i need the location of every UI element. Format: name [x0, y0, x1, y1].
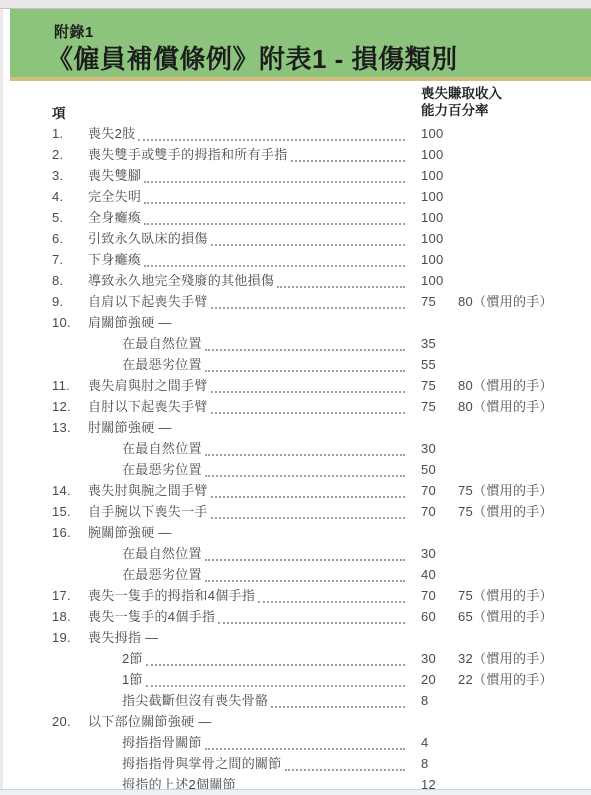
percentage-value-dominant-hand: 75（慣用的手） — [458, 481, 591, 502]
item-body: 喪失肘與腕之間手臂 — [88, 481, 421, 502]
table-row: 指尖截斷但沒有喪失骨骼 8 — [52, 691, 591, 712]
percentage-value-dominant-hand — [458, 271, 591, 292]
item-text: 拇指指骨關節 — [122, 733, 202, 754]
item-body: 拇指指骨關節 — [88, 733, 421, 754]
table-row: 6. 引致永久臥床的損傷 100 — [52, 229, 591, 250]
table-row: 在最惡劣位置 50 — [52, 460, 591, 481]
item-body: 引致永久臥床的損傷 — [88, 229, 421, 250]
table-row: 12. 自肘以下起喪失手臂 75 80（慣用的手） — [52, 397, 591, 418]
percentage-value-dominant-hand: 65（慣用的手） — [458, 607, 591, 628]
percentage-value-dominant-hand — [458, 712, 591, 733]
item-text: 自肩以下起喪失手臂 — [88, 292, 208, 313]
item-body: 在最惡劣位置 — [88, 565, 421, 586]
item-number — [52, 565, 88, 586]
item-text: 2節 — [122, 649, 143, 670]
dot-leader — [138, 124, 405, 141]
table-row: 7. 下身癱瘓 100 — [52, 250, 591, 271]
percentage-value: 30 — [421, 439, 458, 460]
dot-leader — [146, 670, 405, 687]
item-text: 喪失肩與肘之間手臂 — [88, 376, 208, 397]
table-row: 拇指指骨與掌骨之間的關節 8 — [52, 754, 591, 775]
table-row: 在最惡劣位置 55 — [52, 355, 591, 376]
percentage-value: 100 — [421, 208, 458, 229]
column-header-percentage-line2: 能力百分率 — [421, 102, 502, 119]
item-text: 在最惡劣位置 — [122, 460, 202, 481]
percentage-value-dominant-hand — [458, 166, 591, 187]
percentage-value-dominant-hand — [458, 754, 591, 775]
item-number: 13. — [52, 418, 88, 439]
dot-leader — [215, 712, 405, 727]
percentage-value-dominant-hand: 80（慣用的手） — [458, 397, 591, 418]
percentage-value: 70 — [421, 586, 458, 607]
item-text: 在最自然位置 — [122, 439, 202, 460]
table-row: 18. 喪失一隻手的4個手指 60 65（慣用的手） — [52, 607, 591, 628]
item-text: 喪失雙手或雙手的拇指和所有手指 — [88, 145, 288, 166]
percentage-value: 100 — [421, 145, 458, 166]
percentage-value: 8 — [421, 691, 458, 712]
document-page: 附錄1 《僱員補償條例》附表1 - 損傷類別 項 喪失賺取收入 能力百分率 1.… — [0, 0, 591, 795]
percentage-value-dominant-hand: 32（慣用的手） — [458, 649, 591, 670]
item-text: 在最惡劣位置 — [122, 565, 202, 586]
item-number — [52, 649, 88, 670]
percentage-value-dominant-hand — [458, 565, 591, 586]
item-number: 1. — [52, 124, 88, 145]
item-number — [52, 460, 88, 481]
percentage-value: 75 — [421, 397, 458, 418]
page-bottom-edge — [0, 789, 591, 795]
percentage-value: 100 — [421, 271, 458, 292]
item-body: 肩關節強硬 — — [88, 313, 421, 334]
dot-leader — [175, 313, 405, 328]
percentage-value-dominant-hand — [458, 523, 591, 544]
table-row: 在最自然位置 35 — [52, 334, 591, 355]
table-row: 1. 喪失2肢 100 — [52, 124, 591, 145]
percentage-value: 4 — [421, 733, 458, 754]
dot-leader — [211, 502, 405, 519]
item-body: 完全失明 — [88, 187, 421, 208]
item-number: 16. — [52, 523, 88, 544]
item-number: 19. — [52, 628, 88, 649]
dot-leader — [175, 523, 405, 538]
table-row: 17. 喪失一隻手的拇指和4個手指 70 75（慣用的手） — [52, 586, 591, 607]
dot-leader — [144, 166, 405, 183]
percentage-value-dominant-hand — [458, 439, 591, 460]
dot-leader — [175, 418, 405, 433]
item-text: 喪失拇指 — — [88, 628, 158, 649]
dot-leader — [205, 439, 405, 456]
item-text: 在最自然位置 — [122, 334, 202, 355]
item-text: 以下部位關節強硬 — — [88, 712, 212, 733]
percentage-value: 60 — [421, 607, 458, 628]
item-body: 自手腕以下喪失一手 — [88, 502, 421, 523]
dot-leader — [218, 607, 405, 624]
percentage-value: 70 — [421, 481, 458, 502]
injury-table: 1. 喪失2肢 100 2. 喪失雙手或雙手的拇指和所有手指 100 3. 喪失… — [52, 124, 591, 795]
table-row: 3. 喪失雙腳 100 — [52, 166, 591, 187]
percentage-value-dominant-hand — [458, 187, 591, 208]
item-text: 在最惡劣位置 — [122, 355, 202, 376]
percentage-value: 8 — [421, 754, 458, 775]
table-row: 2節 30 32（慣用的手） — [52, 649, 591, 670]
dot-leader — [144, 250, 405, 267]
percentage-value: 100 — [421, 166, 458, 187]
item-text: 喪失一隻手的拇指和4個手指 — [88, 586, 255, 607]
dot-leader — [211, 229, 405, 246]
header-banner: 附錄1 《僱員補償條例》附表1 - 損傷類別 — [10, 9, 591, 77]
item-text: 喪失2肢 — [88, 124, 135, 145]
table-row: 13. 肘關節強硬 — — [52, 418, 591, 439]
table-row: 拇指指骨關節 4 — [52, 733, 591, 754]
table-row: 在最惡劣位置 40 — [52, 565, 591, 586]
item-text: 1節 — [122, 670, 143, 691]
percentage-value-dominant-hand: 80（慣用的手） — [458, 292, 591, 313]
item-number — [52, 439, 88, 460]
dot-leader — [144, 208, 405, 225]
dot-leader — [258, 586, 405, 603]
item-body: 腕關節強硬 — — [88, 523, 421, 544]
table-row: 9. 自肩以下起喪失手臂 75 80（慣用的手） — [52, 292, 591, 313]
table-row: 15. 自手腕以下喪失一手 70 75（慣用的手） — [52, 502, 591, 523]
item-body: 自肩以下起喪失手臂 — [88, 292, 421, 313]
dot-leader — [205, 565, 405, 582]
column-header-percentage-line1: 喪失賺取收入 — [421, 85, 502, 102]
item-number: 5. — [52, 208, 88, 229]
item-text: 在最自然位置 — [122, 544, 202, 565]
item-body: 喪失肩與肘之間手臂 — [88, 376, 421, 397]
percentage-value — [421, 313, 458, 334]
percentage-value: 30 — [421, 649, 458, 670]
dot-leader — [144, 187, 405, 204]
percentage-value: 70 — [421, 502, 458, 523]
item-number: 2. — [52, 145, 88, 166]
item-body: 以下部位關節強硬 — — [88, 712, 421, 733]
item-body: 全身癱瘓 — [88, 208, 421, 229]
percentage-value: 55 — [421, 355, 458, 376]
dot-leader — [211, 397, 405, 414]
item-text: 自手腕以下喪失一手 — [88, 502, 208, 523]
percentage-value-dominant-hand — [458, 418, 591, 439]
item-number: 18. — [52, 607, 88, 628]
item-number: 6. — [52, 229, 88, 250]
item-number — [52, 355, 88, 376]
table-row: 8. 導致永久地完全殘廢的其他損傷 100 — [52, 271, 591, 292]
percentage-value-dominant-hand: 75（慣用的手） — [458, 502, 591, 523]
dot-leader — [271, 691, 405, 708]
percentage-value: 100 — [421, 187, 458, 208]
table-row: 1節 20 22（慣用的手） — [52, 670, 591, 691]
item-number: 9. — [52, 292, 88, 313]
item-number — [52, 754, 88, 775]
percentage-value-dominant-hand — [458, 145, 591, 166]
item-number: 20. — [52, 712, 88, 733]
percentage-value: 100 — [421, 124, 458, 145]
item-body: 肘關節強硬 — — [88, 418, 421, 439]
dot-leader — [211, 376, 405, 393]
item-body: 自肘以下起喪失手臂 — [88, 397, 421, 418]
percentage-value — [421, 628, 458, 649]
dot-leader — [291, 145, 405, 162]
percentage-value: 75 — [421, 376, 458, 397]
item-body: 拇指指骨與掌骨之間的關節 — [88, 754, 421, 775]
table-row: 20. 以下部位關節強硬 — — [52, 712, 591, 733]
item-text: 喪失雙腳 — [88, 166, 141, 187]
table-row: 14. 喪失肘與腕之間手臂 70 75（慣用的手） — [52, 481, 591, 502]
item-number: 12. — [52, 397, 88, 418]
item-body: 喪失拇指 — — [88, 628, 421, 649]
item-body: 在最惡劣位置 — [88, 460, 421, 481]
item-body: 在最自然位置 — [88, 334, 421, 355]
item-text: 指尖截斷但沒有喪失骨骼 — [122, 691, 268, 712]
percentage-value-dominant-hand — [458, 229, 591, 250]
table-row: 在最自然位置 30 — [52, 544, 591, 565]
dot-leader — [205, 544, 405, 561]
item-number: 17. — [52, 586, 88, 607]
percentage-value: 35 — [421, 334, 458, 355]
item-number: 4. — [52, 187, 88, 208]
table-row: 5. 全身癱瘓 100 — [52, 208, 591, 229]
dot-leader — [205, 460, 405, 477]
item-text: 導致永久地完全殘廢的其他損傷 — [88, 271, 274, 292]
table-row: 19. 喪失拇指 — — [52, 628, 591, 649]
item-body: 2節 — [88, 649, 421, 670]
item-number: 14. — [52, 481, 88, 502]
item-number — [52, 544, 88, 565]
dot-leader — [211, 292, 405, 309]
percentage-value — [421, 712, 458, 733]
percentage-value-dominant-hand — [458, 208, 591, 229]
item-body: 喪失雙腳 — [88, 166, 421, 187]
item-text: 肩關節強硬 — — [88, 313, 172, 334]
table-row: 10. 肩關節強硬 — — [52, 313, 591, 334]
percentage-value-dominant-hand: 22（慣用的手） — [458, 670, 591, 691]
percentage-value: 40 — [421, 565, 458, 586]
item-body: 喪失雙手或雙手的拇指和所有手指 — [88, 145, 421, 166]
item-text: 引致永久臥床的損傷 — [88, 229, 208, 250]
item-text: 肘關節強硬 — — [88, 418, 172, 439]
percentage-value-dominant-hand — [458, 628, 591, 649]
column-header-percentage: 喪失賺取收入 能力百分率 — [421, 85, 502, 119]
percentage-value: 100 — [421, 229, 458, 250]
item-number: 7. — [52, 250, 88, 271]
item-text: 下身癱瘓 — [88, 250, 141, 271]
item-body: 在最自然位置 — [88, 439, 421, 460]
item-body: 在最自然位置 — [88, 544, 421, 565]
item-text: 喪失一隻手的4個手指 — [88, 607, 215, 628]
item-number — [52, 670, 88, 691]
percentage-value-dominant-hand — [458, 334, 591, 355]
item-text: 完全失明 — [88, 187, 141, 208]
dot-leader — [205, 355, 405, 372]
percentage-value-dominant-hand — [458, 544, 591, 565]
item-number: 15. — [52, 502, 88, 523]
percentage-value: 75 — [421, 292, 458, 313]
item-body: 喪失一隻手的4個手指 — [88, 607, 421, 628]
item-number — [52, 733, 88, 754]
table-row: 2. 喪失雙手或雙手的拇指和所有手指 100 — [52, 145, 591, 166]
page-top-edge — [0, 0, 591, 9]
item-body: 下身癱瘓 — [88, 250, 421, 271]
percentage-value-dominant-hand: 75（慣用的手） — [458, 586, 591, 607]
table-row: 11. 喪失肩與肘之間手臂 75 80（慣用的手） — [52, 376, 591, 397]
column-header-item: 項 — [52, 102, 66, 122]
item-body: 在最惡劣位置 — [88, 355, 421, 376]
percentage-value-dominant-hand — [458, 460, 591, 481]
percentage-value — [421, 418, 458, 439]
dot-leader — [285, 754, 405, 771]
percentage-value: 30 — [421, 544, 458, 565]
item-text: 腕關節強硬 — — [88, 523, 172, 544]
percentage-value-dominant-hand — [458, 691, 591, 712]
table-row: 4. 完全失明 100 — [52, 187, 591, 208]
percentage-value-dominant-hand — [458, 355, 591, 376]
percentage-value: 100 — [421, 250, 458, 271]
item-body: 導致永久地完全殘廢的其他損傷 — [88, 271, 421, 292]
item-text: 喪失肘與腕之間手臂 — [88, 481, 208, 502]
dot-leader — [205, 334, 405, 351]
page-left-edge — [0, 9, 3, 795]
percentage-value: 20 — [421, 670, 458, 691]
item-number: 8. — [52, 271, 88, 292]
percentage-value — [421, 523, 458, 544]
percentage-value-dominant-hand — [458, 124, 591, 145]
percentage-value-dominant-hand — [458, 313, 591, 334]
percentage-value-dominant-hand — [458, 250, 591, 271]
dot-leader — [146, 649, 405, 666]
item-body: 喪失一隻手的拇指和4個手指 — [88, 586, 421, 607]
table-row: 16. 腕關節強硬 — — [52, 523, 591, 544]
percentage-value-dominant-hand: 80（慣用的手） — [458, 376, 591, 397]
item-number — [52, 334, 88, 355]
table-row: 在最自然位置 30 — [52, 439, 591, 460]
item-text: 自肘以下起喪失手臂 — [88, 397, 208, 418]
item-text: 拇指指骨與掌骨之間的關節 — [122, 754, 282, 775]
item-number: 10. — [52, 313, 88, 334]
percentage-value: 50 — [421, 460, 458, 481]
item-text: 全身癱瘓 — [88, 208, 141, 229]
dot-leader — [205, 733, 405, 750]
item-body: 喪失2肢 — [88, 124, 421, 145]
banner-underline — [10, 77, 591, 81]
percentage-value-dominant-hand — [458, 733, 591, 754]
appendix-label: 附錄1 — [54, 24, 591, 41]
item-number — [52, 691, 88, 712]
item-number: 11. — [52, 376, 88, 397]
dot-leader — [211, 481, 405, 498]
page-title: 《僱員補償條例》附表1 - 損傷類別 — [47, 45, 591, 73]
item-body: 1節 — [88, 670, 421, 691]
item-number: 3. — [52, 166, 88, 187]
dot-leader — [277, 271, 405, 288]
dot-leader — [161, 628, 405, 643]
item-body: 指尖截斷但沒有喪失骨骼 — [88, 691, 421, 712]
